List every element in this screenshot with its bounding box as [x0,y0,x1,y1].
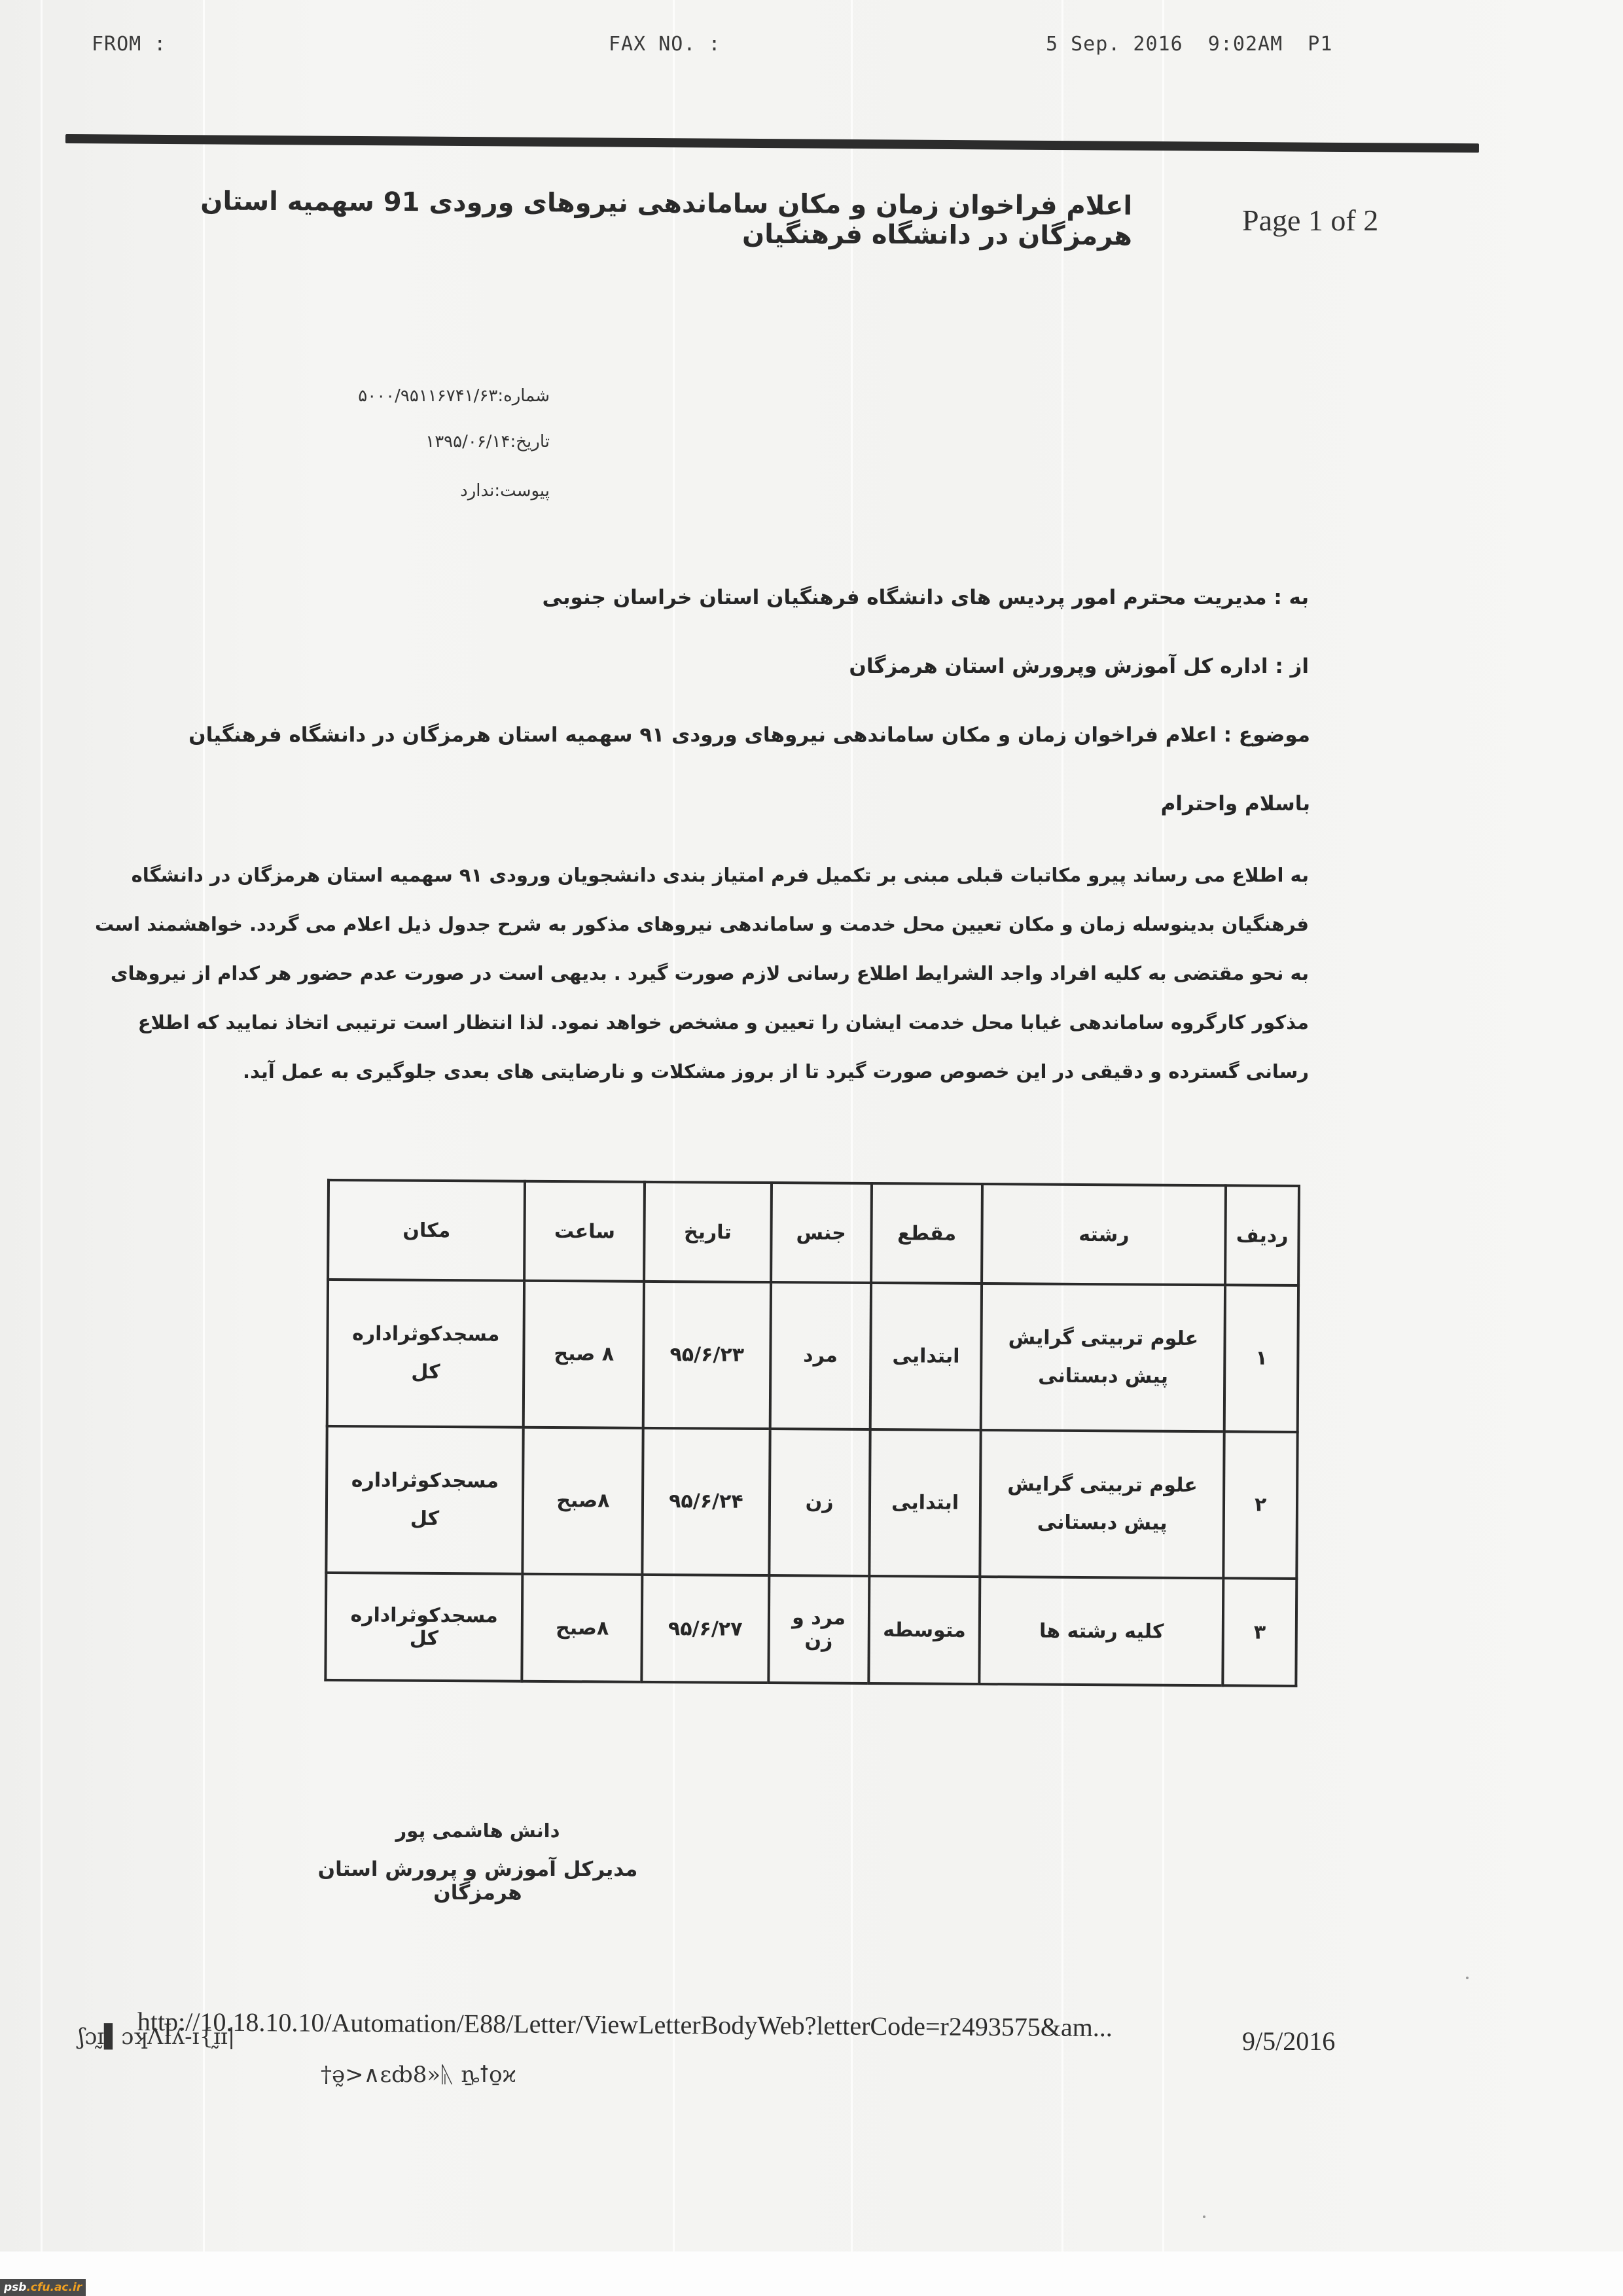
scan-streak [41,0,43,2251]
site-watermark: psb.cfu.ac.ir [0,2279,86,2296]
header-field: رشته [982,1184,1226,1285]
body-line: به نحو مقتضی به کلیه افراد واجد الشرایط … [242,949,1309,998]
cell-gender: مرد [770,1282,871,1429]
scan-speck [1203,2215,1205,2218]
signatory-title: مدیرکل آموزش و پرورش استان هرمزگان [275,1857,681,1905]
cell-field: کلیه رشته ها [980,1577,1224,1685]
scan-streak [1061,0,1063,2251]
cell-time: ۸ صبح [524,1281,644,1428]
scan-speck [1466,1977,1469,1979]
watermark-domain: .cfu.ac.ir [26,2281,82,2294]
header-date: تاریخ [644,1182,771,1282]
cell-place: مسجدکوثراداره کل [327,1280,525,1427]
cell-date: ۹۵/۶/۲۷ [642,1575,769,1683]
cell-level: ابتدایی [869,1429,981,1577]
cell-place: مسجدکوثراداره کل [326,1426,524,1574]
body-line: رسانی گسترده و دقیقی در این خصوص صورت گی… [242,1047,1309,1096]
body-line: به اطلاع می رساند پیرو مکاتبات قبلی مبنی… [242,851,1309,900]
header-row-number: ردیف [1225,1185,1299,1285]
cell-row-number: ۱ [1224,1285,1298,1432]
body-line: فرهنگیان بدینوسله زمان و مکان تعیین محل … [242,900,1309,949]
header-level: مقطع [871,1183,983,1283]
cell-gender: زن [769,1429,870,1576]
body-paragraph: به اطلاع می رساند پیرو مکاتبات قبلی مبنی… [242,851,1309,1096]
document-title: اعلام فراخوان زمان و مکان ساماندهی نیروه… [164,186,1132,251]
cell-time: ۸صبح [523,1427,643,1575]
footer-date: 9/5/2016 [1242,2026,1335,2056]
cell-row-number: ۳ [1223,1578,1297,1686]
sender-line: از : اداره کل آموزش وپرورش استان هرمزگان [849,655,1309,678]
cell-level: متوسطه [868,1576,980,1684]
header-place: مکان [328,1180,525,1281]
fax-timestamp: 5 Sep. 2016 9:02AM P1 [1046,33,1332,56]
greeting-line: باسلام واحترام [1161,792,1310,816]
header-time: ساعت [525,1181,645,1282]
scan-streak [673,0,675,2251]
schedule-table: ردیف رشته مقطع جنس تاریخ ساعت مکان ۱ علو… [324,1179,1300,1687]
scan-streak [851,0,853,2251]
table-row: ۱ علوم تربیتی گرایش پیش دبستانی ابتدایی … [327,1280,1298,1432]
garbled-text: †ə̰>∧ɛȸ8»ᚣ ȵ̱ꝉo̱ϰ [321,2062,516,2088]
letter-attachment: پیوست:ندارد [340,481,550,501]
cell-time: ۸صبح [522,1574,643,1682]
page-margin-bottom [0,2251,1623,2296]
cell-level: ابتدایی [870,1283,982,1430]
fax-number-label: FAX NO. : [609,33,721,56]
body-line: مذکور کارگروه ساماندهی غیابا محل خدمت ای… [242,998,1309,1047]
scan-streak [203,0,205,2251]
cell-date: ۹۵/۶/۲۴ [643,1428,770,1575]
cell-date: ۹۵/۶/۲۳ [643,1282,771,1429]
table-row: ۲ علوم تربیتی گرایش پیش دبستانی ابتدایی … [326,1426,1297,1579]
header-gender: جنس [771,1183,872,1283]
scanned-page [0,0,1623,2251]
subject-line: موضوع : اعلام فراخوان زمان و مکان ساماند… [188,723,1310,747]
watermark-prefix: psb [4,2281,26,2294]
table-header-row: ردیف رشته مقطع جنس تاریخ ساعت مکان [328,1180,1299,1285]
cell-field: علوم تربیتی گرایش پیش دبستانی [980,1430,1224,1578]
signatory-name: دانش هاشمی پور [288,1820,668,1842]
recipient-line: به : مدیریت محترم امور پردیس های دانشگاه… [542,586,1309,609]
cell-place: مسجدکوثراداره کل [325,1573,522,1681]
page-indicator: Page 1 of 2 [1242,203,1378,238]
table-row: ۳ کلیه رشته ها متوسطه مرد و زن ۹۵/۶/۲۷ ۸… [325,1573,1296,1686]
scan-streak [1162,0,1164,2251]
footer-url: http://10.18.10.10/Automation/E88/Letter… [137,2006,1113,2043]
fax-from-label: FROM : [92,33,166,56]
cell-row-number: ۲ [1224,1431,1298,1579]
letter-number: شماره:۵۰۰۰/۹۵۱۱۶۷۴۱/۶۳ [340,386,550,406]
cell-gender: مرد و زن [768,1575,869,1683]
cell-field: علوم تربیتی گرایش پیش دبستانی [981,1283,1225,1431]
letter-date: تاریخ:۱۳۹۵/۰۶/۱۴ [340,432,550,452]
